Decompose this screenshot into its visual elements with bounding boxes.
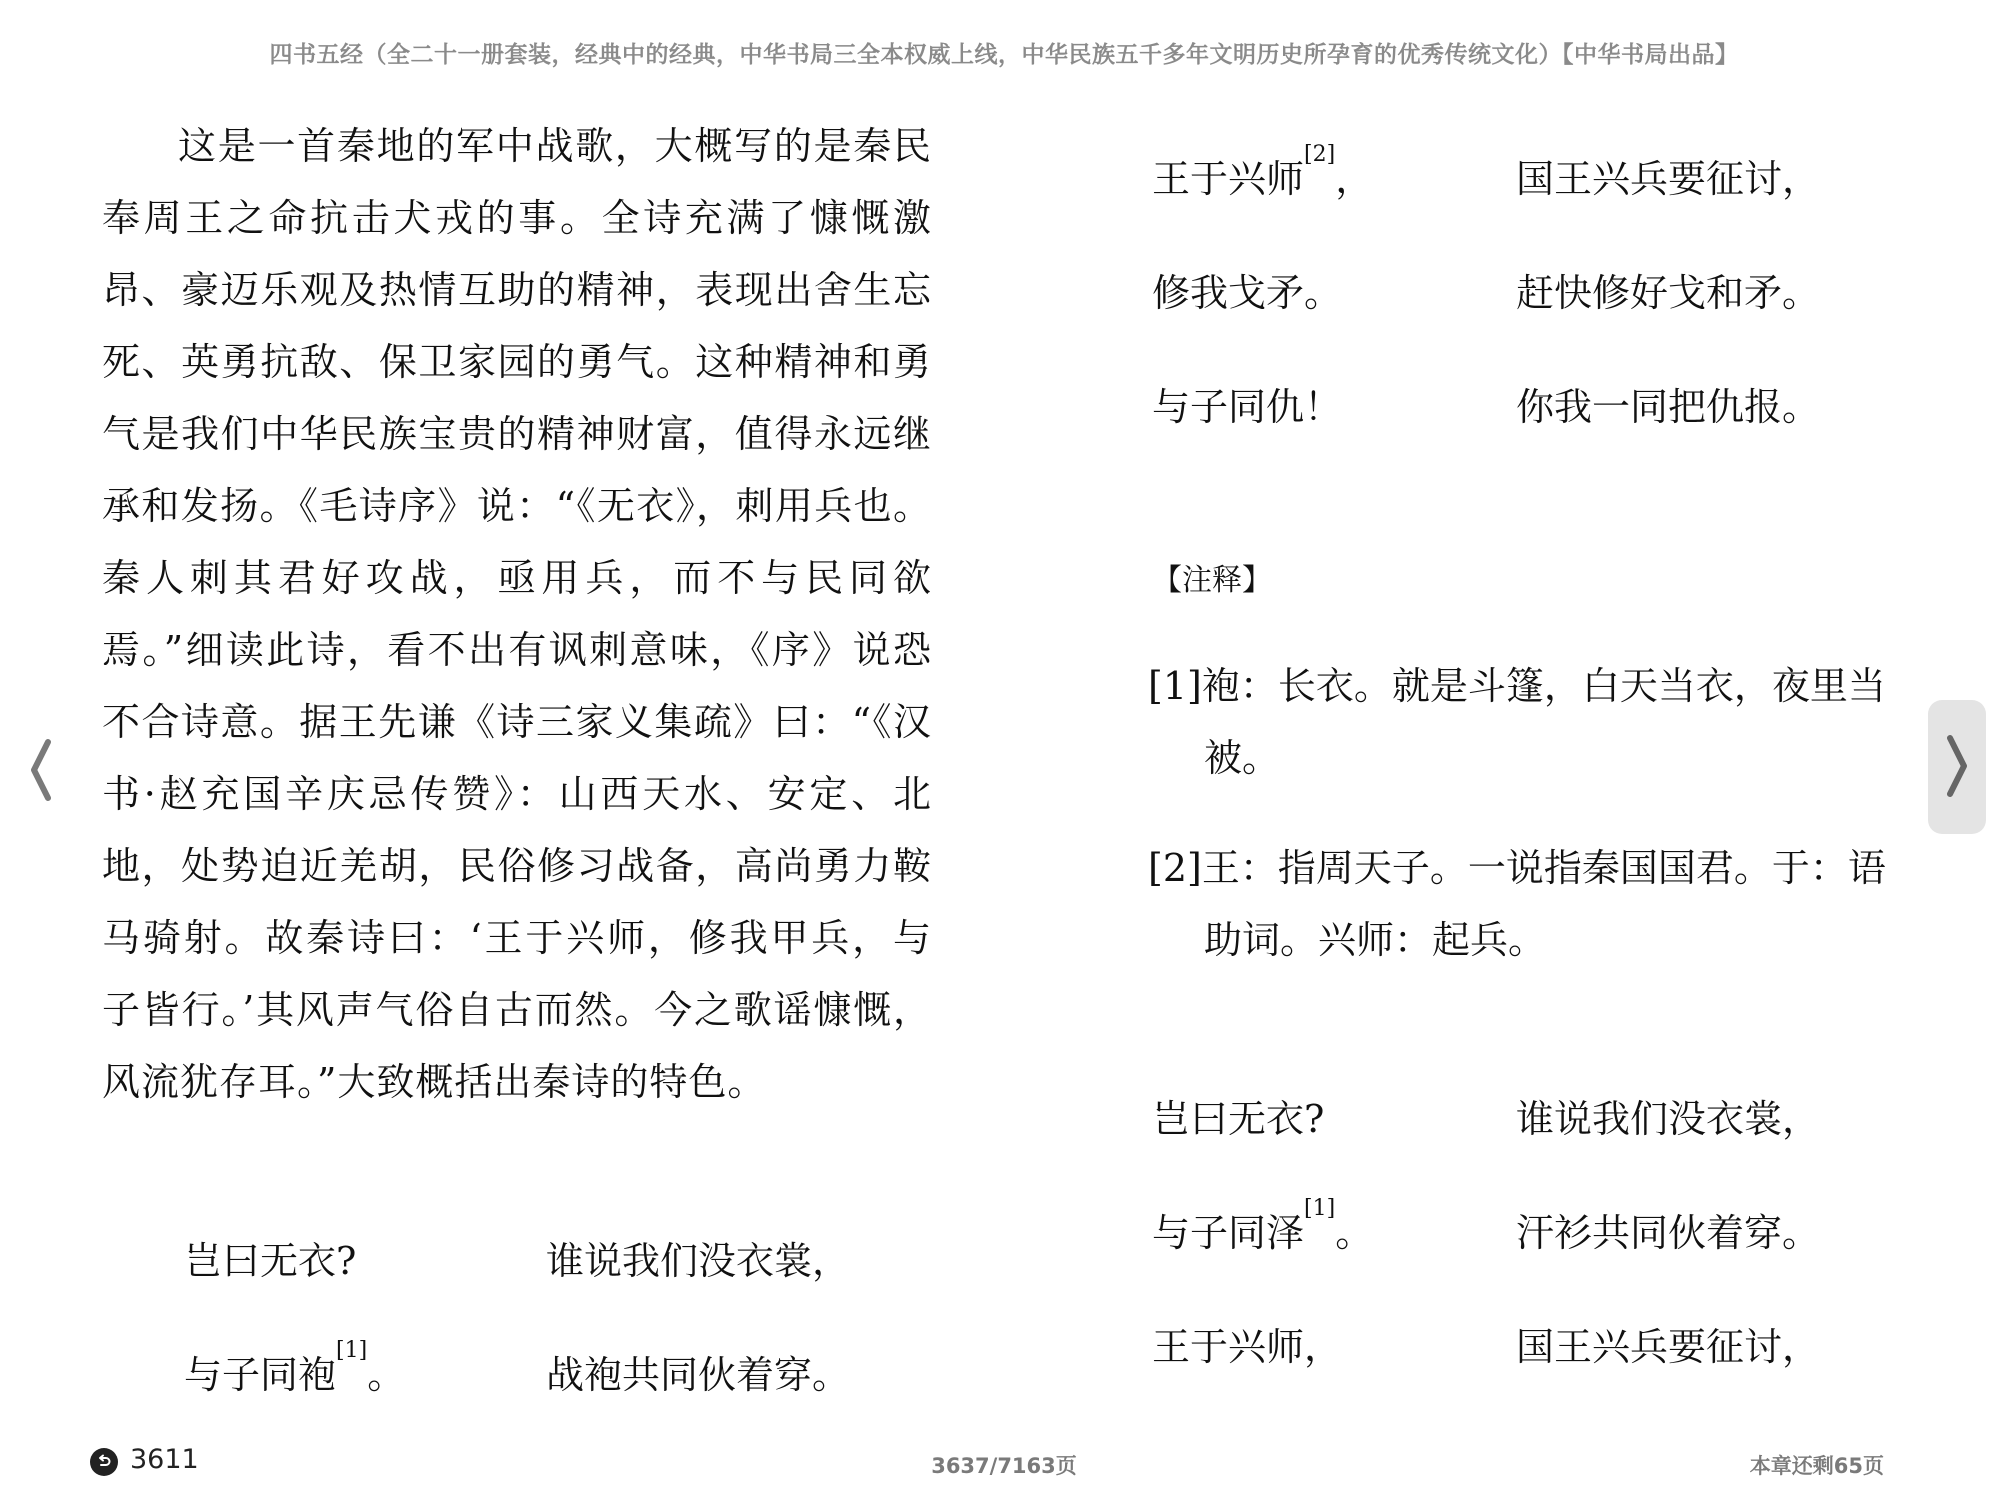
note-text-cont: 助词。兴师：起兵。 (1148, 904, 1908, 976)
verse-original: 与子同仇！ (1152, 376, 1342, 431)
verse-original: 岂曰无衣? (184, 1230, 356, 1285)
verse-translation: 国王兴兵要征讨， (1516, 1316, 1820, 1371)
commentary-paragraph: 这是一首秦地的军中战歌，大概写的是秦民奉周王之命抗击犬戎的事。全诗充满了慷慨激昂… (102, 110, 932, 1118)
verse-translation: 你我一同把仇报。 (1516, 376, 1820, 431)
next-page-button[interactable] (1928, 700, 1986, 834)
right-verses-top: 王于兴师[2]， 国王兴兵要征讨， 修我戈矛。 赶快修好戈和矛。 与子同仇！ 你… (1152, 148, 1912, 490)
verse-translation: 战袍共同伙着穿。 (546, 1344, 850, 1399)
verse-original: 与子同袍[1]。 (184, 1344, 405, 1399)
verse-translation: 赶快修好戈和矛。 (1516, 262, 1820, 317)
chevron-left-icon (22, 730, 58, 810)
verse-original: 修我戈矛。 (1152, 262, 1342, 317)
note-2: [2]王：指周天子。一说指秦国国君。于：语 助词。兴师：起兵。 (1148, 832, 1908, 976)
left-verses: 岂曰无衣? 谁说我们没衣裳， 与子同袍[1]。 战袍共同伙着穿。 (184, 1230, 904, 1458)
verse-row: 修我戈矛。 赶快修好戈和矛。 (1152, 262, 1912, 376)
verse-row: 与子同袍[1]。 战袍共同伙着穿。 (184, 1344, 904, 1458)
verse-translation: 国王兴兵要征讨， (1516, 148, 1820, 203)
verse-row: 王于兴师， 国王兴兵要征讨， (1152, 1316, 1912, 1430)
page-progress: 3637/7163页 (0, 1450, 2008, 1480)
note-1: [1]袍：长衣。就是斗篷，白天当衣，夜里当 被。 (1148, 650, 1908, 794)
chapter-remaining: 本章还剩65页 (1750, 1450, 1884, 1480)
verse-translation: 谁说我们没衣裳， (546, 1230, 850, 1285)
verse-original: 王于兴师[2]， (1152, 148, 1373, 203)
verse-original: 岂曰无衣? (1152, 1088, 1324, 1143)
prev-page-button[interactable] (22, 730, 58, 810)
book-title: 四书五经（全二十一册套装，经典中的经典，中华书局三全本权威上线，中华民族五千多年… (0, 36, 2008, 69)
note-text-cont: 被。 (1148, 722, 1908, 794)
left-page: 这是一首秦地的军中战歌，大概写的是秦民奉周王之命抗击犬戎的事。全诗充满了慷慨激昂… (102, 110, 932, 1118)
footnote-ref[interactable]: [2] (1304, 142, 1335, 167)
verse-row: 岂曰无衣? 谁说我们没衣裳， (1152, 1088, 1912, 1202)
note-text: [1]袍：长衣。就是斗篷，白天当衣，夜里当 (1148, 664, 1886, 708)
right-verses-bottom: 岂曰无衣? 谁说我们没衣裳， 与子同泽[1]。 汗衫共同伙着穿。 王于兴师， 国… (1152, 1088, 1912, 1430)
footnote-ref[interactable]: [1] (336, 1338, 367, 1363)
verse-row: 岂曰无衣? 谁说我们没衣裳， (184, 1230, 904, 1344)
note-text: [2]王：指周天子。一说指秦国国君。于：语 (1148, 846, 1886, 890)
verse-original: 王于兴师， (1152, 1316, 1342, 1371)
chevron-right-icon (1928, 700, 1986, 834)
verse-translation: 汗衫共同伙着穿。 (1516, 1202, 1820, 1257)
verse-row: 与子同泽[1]。 汗衫共同伙着穿。 (1152, 1202, 1912, 1316)
footnote-ref[interactable]: [1] (1304, 1196, 1335, 1221)
verse-original: 与子同泽[1]。 (1152, 1202, 1373, 1257)
notes-heading: 【注释】 (1152, 555, 1272, 599)
verse-row: 与子同仇！ 你我一同把仇报。 (1152, 376, 1912, 490)
verse-translation: 谁说我们没衣裳， (1516, 1088, 1820, 1143)
verse-row: 王于兴师[2]， 国王兴兵要征讨， (1152, 148, 1912, 262)
